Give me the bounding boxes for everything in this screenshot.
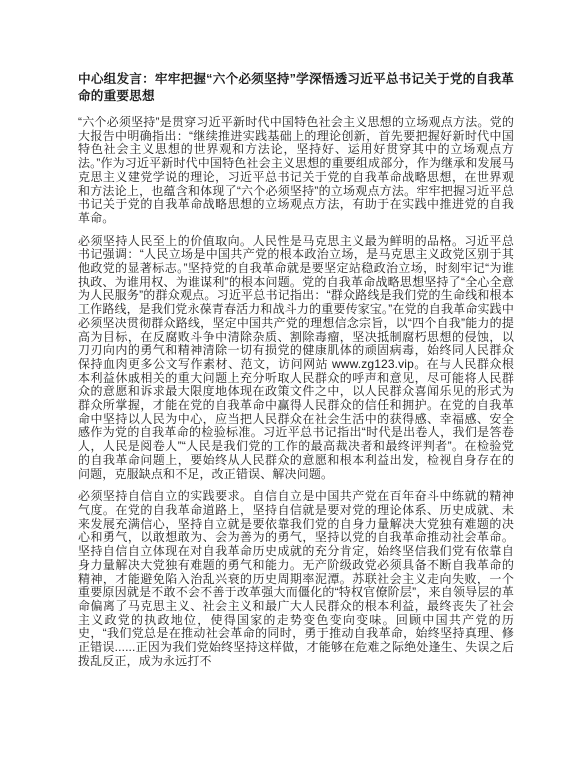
- paragraph-intro: “六个必须坚持”是贯穿习近平新时代中国特色社会主义思想的立场观点方法。党的大报告…: [78, 116, 514, 226]
- document-title: 中心组发言：牢牢把握“六个必须坚持”学深悟透习近平总书记关于党的自我革命的重要思…: [78, 71, 514, 105]
- paragraph-people-first: 必须坚持人民至上的价值取向。人民性是马克思主义最为鲜明的品格。习近平总书记强调：…: [78, 235, 514, 482]
- paragraph-self-confidence: 必须坚持自信自立的实践要求。自信自立是中国共产党在百年奋斗中练就的精神气度。在党…: [78, 490, 514, 668]
- document-page: 中心组发言：牢牢把握“六个必须坚持”学深悟透习近平总书记关于党的自我革命的重要思…: [0, 0, 586, 759]
